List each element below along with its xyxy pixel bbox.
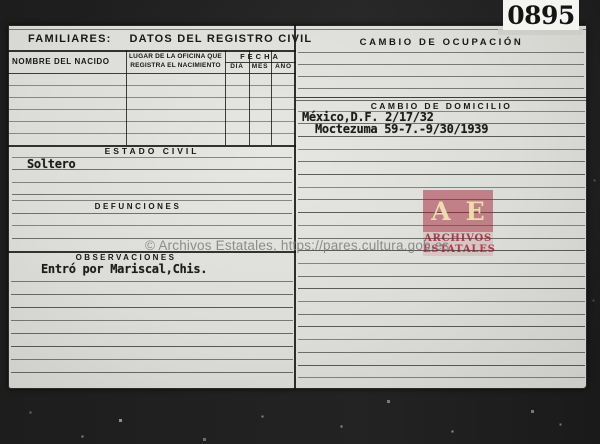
rule-line <box>298 88 584 89</box>
rule-line <box>11 281 293 282</box>
rule-line <box>9 121 295 122</box>
rule-line <box>12 194 292 195</box>
rule-line <box>11 346 293 347</box>
estado-civil-heading: ESTADO CIVIL <box>8 146 296 156</box>
column-header-mes: MES <box>249 63 271 70</box>
rule-line <box>298 314 585 315</box>
column-header-anio: AÑO <box>271 63 296 70</box>
estado-civil-value: Soltero <box>27 157 75 171</box>
column-header-nombre: NOMBRE DEL NACIDO <box>12 51 124 72</box>
archive-watermark-text: © Archivos Estatales, https://pares.cult… <box>145 238 449 253</box>
rule-line <box>298 52 584 53</box>
rule-line <box>298 76 584 77</box>
rule-line <box>12 200 292 201</box>
rule-line <box>8 73 296 74</box>
rule-line <box>298 352 585 353</box>
familiares-label: FAMILIARES: <box>28 33 111 45</box>
rule-line <box>9 97 295 98</box>
rule-line <box>9 85 295 86</box>
ae-logo-letters: A E <box>423 190 493 232</box>
rule-line <box>298 365 585 366</box>
defunciones-heading: DEFUNCIONES <box>0 202 282 211</box>
rule-line <box>11 359 293 360</box>
rule-line <box>12 213 292 214</box>
rule-line <box>11 307 293 308</box>
rule-line <box>11 294 293 295</box>
rule-line <box>298 136 585 137</box>
scanned-registry-card-page: { "scan": { "page_number": "0895", "wate… <box>0 0 600 444</box>
rule-line <box>298 276 585 277</box>
rule-line <box>9 109 295 110</box>
rule-line <box>298 174 585 175</box>
familiares-section-title: FAMILIARES:DATOS DEL REGISTRO CIVIL <box>8 33 296 45</box>
rule-line <box>298 187 585 188</box>
rule-line <box>9 133 295 134</box>
rule-line <box>298 301 585 302</box>
rule-line <box>294 25 296 389</box>
column-header-dia: DIA <box>225 63 249 70</box>
rule-line <box>298 263 585 264</box>
column-header-lugar: LUGAR DE LA OFICINA QUE REGISTRA EL NACI… <box>127 53 224 70</box>
domicilio-entry-2: Moctezuma 59-7.-9/30/1939 <box>315 122 488 136</box>
rule-line <box>298 161 585 162</box>
rule-line <box>11 372 293 373</box>
rule-line <box>12 225 292 226</box>
observaciones-value: Entró por Mariscal,Chis. <box>41 262 207 276</box>
rule-line <box>298 326 585 327</box>
rule-line <box>298 377 585 378</box>
rule-line <box>11 320 293 321</box>
rule-line <box>298 64 584 65</box>
page-number: 0895 <box>507 1 575 30</box>
column-header-fecha: FECHA <box>225 52 296 61</box>
rule-line <box>12 182 292 183</box>
rule-line <box>298 339 585 340</box>
rule-line <box>296 97 587 98</box>
registro-civil-title: DATOS DEL REGISTRO CIVIL <box>129 33 312 45</box>
rule-line <box>11 333 293 334</box>
observaciones-heading: OBSERVACIONES <box>0 253 270 262</box>
page-number-tab: 0895 <box>503 0 579 30</box>
rule-line <box>298 149 585 150</box>
rule-line <box>298 288 585 289</box>
dust-speckles <box>0 0 1 1</box>
cambio-ocupacion-heading: CAMBIO DE OCUPACIÓN <box>296 37 587 48</box>
